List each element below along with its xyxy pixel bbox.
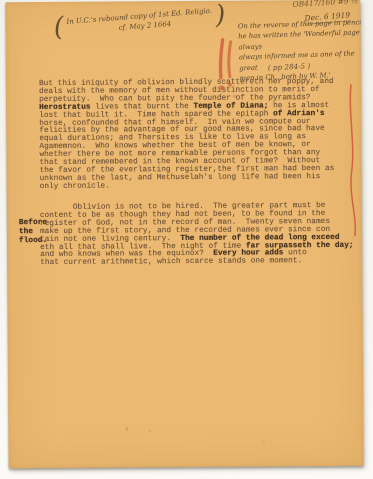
document-page: OB417/160 #9 ½ Dec. 6 1919 ( In U.C.'s r… — [5, 0, 363, 468]
page-reference-annotation: ( pp 284-5 ) — [268, 61, 311, 72]
red-exclamation-stroke-1 — [220, 40, 223, 78]
text-line: only chronicle. — [40, 182, 335, 192]
close-paren: ) — [214, 2, 226, 29]
paper-specks — [5, 2, 6, 3]
typed-paragraph-oblivion-not-hired: Oblivion is not to be hired. The greater… — [40, 203, 354, 268]
left-annotation-text: In U.C.'s rebound copy of 1st Ed. Religi… — [66, 6, 213, 37]
typed-paragraph-iniquity-of-oblivion: But this iniquity of oblivion blindly sc… — [39, 79, 335, 192]
red-exclamation-stroke-2 — [229, 42, 231, 77]
scan-background: OB417/160 #9 ½ Dec. 6 1919 ( In U.C.'s r… — [0, 0, 373, 479]
text-line: that current arithmetic, which scarce st… — [40, 258, 354, 268]
left-parenthetical-annotation: ( In U.C.'s rebound copy of 1st Ed. Reli… — [53, 2, 227, 41]
reverse-note-annotation: On the reverse of this page in pencilhe … — [238, 17, 364, 84]
open-paren: ( — [53, 14, 65, 41]
